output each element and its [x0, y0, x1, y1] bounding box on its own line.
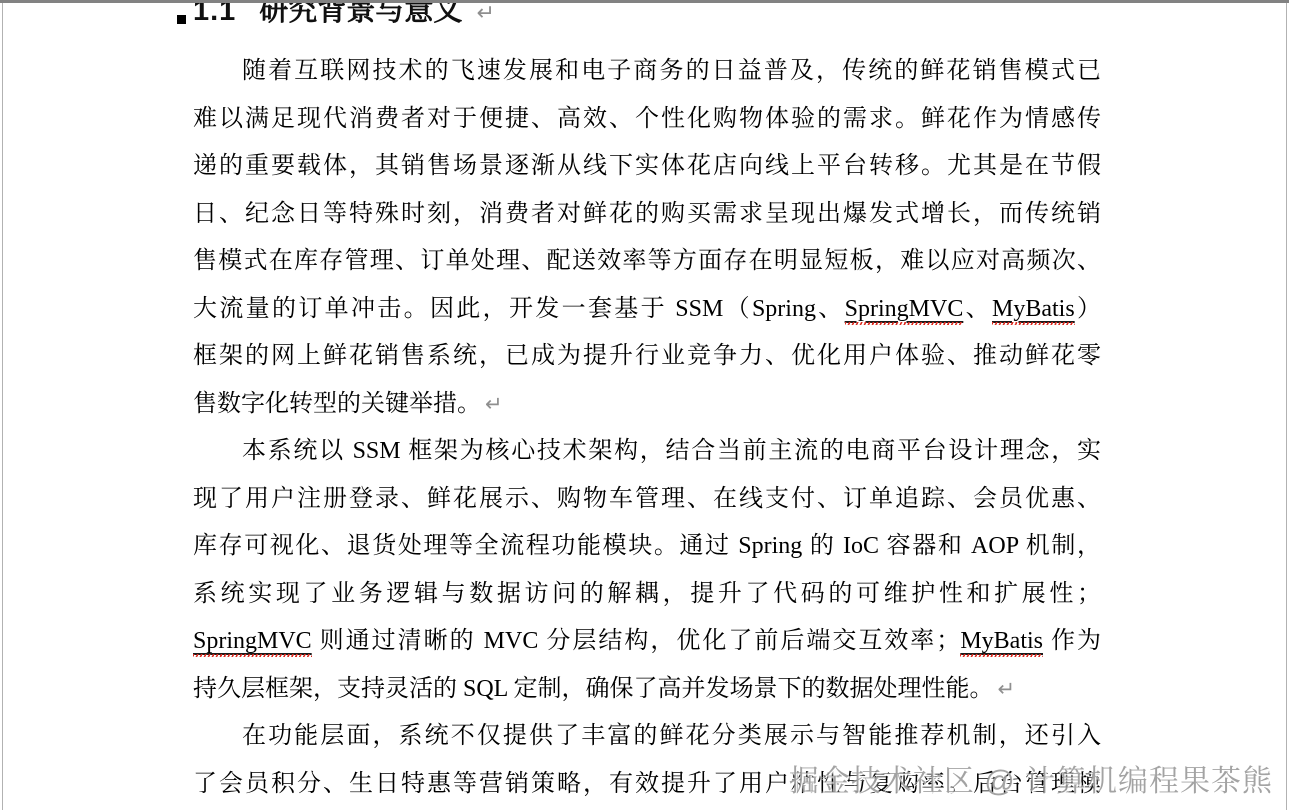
text-line: 现了用户注册登录、鲜花展示、购物车管理、在线支付、订单追踪、会员优惠、 — [193, 476, 1101, 524]
text-segment: 则通过清晰的 MVC 分层结构，优化了前后端交互效率； — [312, 628, 961, 654]
text-line: 系统实现了业务逻辑与数据访问的解耦，提升了代码的可维护性和扩展性； — [193, 571, 1101, 619]
text-line: 库存可视化、退货处理等全流程功能模块。通过 Spring 的 IoC 容器和 A… — [193, 523, 1101, 571]
text-line: 随着互联网技术的飞速发展和电子商务的日益普及，传统的鲜花销售模式已 — [193, 48, 1101, 96]
watermark: 掘金技术社区 @ 计算机编程果茶熊 — [789, 756, 1273, 800]
section-heading: 1.1 研究背景与意义 ↵ — [193, 0, 1101, 34]
text-line: 本系统以 SSM 框架为核心技术架构，结合当前主流的电商平台设计理念，实 — [193, 428, 1101, 476]
text-segment: 框架的网上鲜花销售系统，已成为提升行业竞争力、优化用户体验、推动鲜花零 — [193, 343, 1101, 369]
paragraph-mark-icon: ↵ — [485, 392, 503, 416]
paragraph-mark-icon: ↵ — [997, 677, 1015, 701]
text-segment: 大流量的订单冲击。因此，开发一套基于 SSM（Spring、 — [193, 296, 845, 322]
section-number: 1.1 — [193, 0, 236, 27]
text-segment: 持久层框架，支持灵活的 SQL 定制，确保了高并发场景下的数据处理性能。 — [193, 676, 993, 702]
text-segment: 售模式在库存管理、订单处理、配送效率等方面存在明显短板，难以应对高频次、 — [193, 248, 1101, 274]
text-line: SpringMVC 则通过清晰的 MVC 分层结构，优化了前后端交互效率；MyB… — [193, 618, 1101, 666]
text-segment: 库存可视化、退货处理等全流程功能模块。通过 Spring 的 IoC 容器和 A… — [193, 533, 1101, 559]
text-segment: 作为 — [1043, 628, 1101, 654]
text-line: 框架的网上鲜花销售系统，已成为提升行业竞争力、优化用户体验、推动鲜花零 — [193, 333, 1101, 381]
text-line: 难以满足现代消费者对于便捷、高效、个性化购物体验的需求。鲜花作为情感传 — [193, 96, 1101, 144]
text-line: 日、纪念日等特殊时刻，消费者对鲜花的购买需求呈现出爆发式增长，而传统销 — [193, 191, 1101, 239]
text-segment: 本系统以 SSM 框架为核心技术架构，结合当前主流的电商平台设计理念，实 — [242, 438, 1101, 464]
text-segment: 难以满足现代消费者对于便捷、高效、个性化购物体验的需求。鲜花作为情感传 — [193, 106, 1101, 132]
text-line: 售数字化转型的关键举措。↵ — [193, 381, 1101, 429]
text-segment: 、 — [963, 296, 992, 322]
document-body: 随着互联网技术的飞速发展和电子商务的日益普及，传统的鲜花销售模式已难以满足现代消… — [193, 48, 1101, 808]
spellchecked-term: MyBatis — [960, 628, 1043, 654]
text-segment: 随着互联网技术的飞速发展和电子商务的日益普及，传统的鲜花销售模式已 — [242, 58, 1101, 84]
text-line: 递的重要载体，其销售场景逐渐从线下实体花店向线上平台转移。尤其是在节假 — [193, 143, 1101, 191]
document-content: 1.1 研究背景与意义 ↵ 随着互联网技术的飞速发展和电子商务的日益普及，传统的… — [193, 3, 1101, 34]
text-segment: 在功能层面，系统不仅提供了丰富的鲜花分类展示与智能推荐机制，还引入 — [242, 723, 1101, 749]
text-segment: 售数字化转型的关键举措。 — [193, 391, 481, 417]
heading-bullet-icon — [177, 15, 186, 24]
text-segment: 现了用户注册登录、鲜花展示、购物车管理、在线支付、订单追踪、会员优惠、 — [193, 486, 1101, 512]
page-border-right — [1286, 3, 1287, 810]
text-line: 售模式在库存管理、订单处理、配送效率等方面存在明显短板，难以应对高频次、 — [193, 238, 1101, 286]
document-page: 1.1 研究背景与意义 ↵ 随着互联网技术的飞速发展和电子商务的日益普及，传统的… — [0, 0, 1289, 810]
text-line: 大流量的订单冲击。因此，开发一套基于 SSM（Spring、SpringMVC、… — [193, 286, 1101, 334]
text-segment: 系统实现了业务逻辑与数据访问的解耦，提升了代码的可维护性和扩展性； — [193, 581, 1101, 607]
text-segment: 递的重要载体，其销售场景逐渐从线下实体花店向线上平台转移。尤其是在节假 — [193, 153, 1101, 179]
text-line: 在功能层面，系统不仅提供了丰富的鲜花分类展示与智能推荐机制，还引入 — [193, 713, 1101, 761]
text-segment: ） — [1075, 296, 1101, 322]
section-title: 研究背景与意义 — [259, 0, 462, 27]
spellchecked-term: SpringMVC — [845, 296, 964, 322]
text-segment: 日、纪念日等特殊时刻，消费者对鲜花的购买需求呈现出爆发式增长，而传统销 — [193, 201, 1101, 227]
page-border-left — [2, 3, 3, 810]
paragraph-mark-icon: ↵ — [476, 1, 494, 26]
spellchecked-term: MyBatis — [992, 296, 1075, 322]
spellchecked-term: SpringMVC — [193, 628, 312, 654]
text-line: 持久层框架，支持灵活的 SQL 定制，确保了高并发场景下的数据处理性能。↵ — [193, 666, 1101, 714]
